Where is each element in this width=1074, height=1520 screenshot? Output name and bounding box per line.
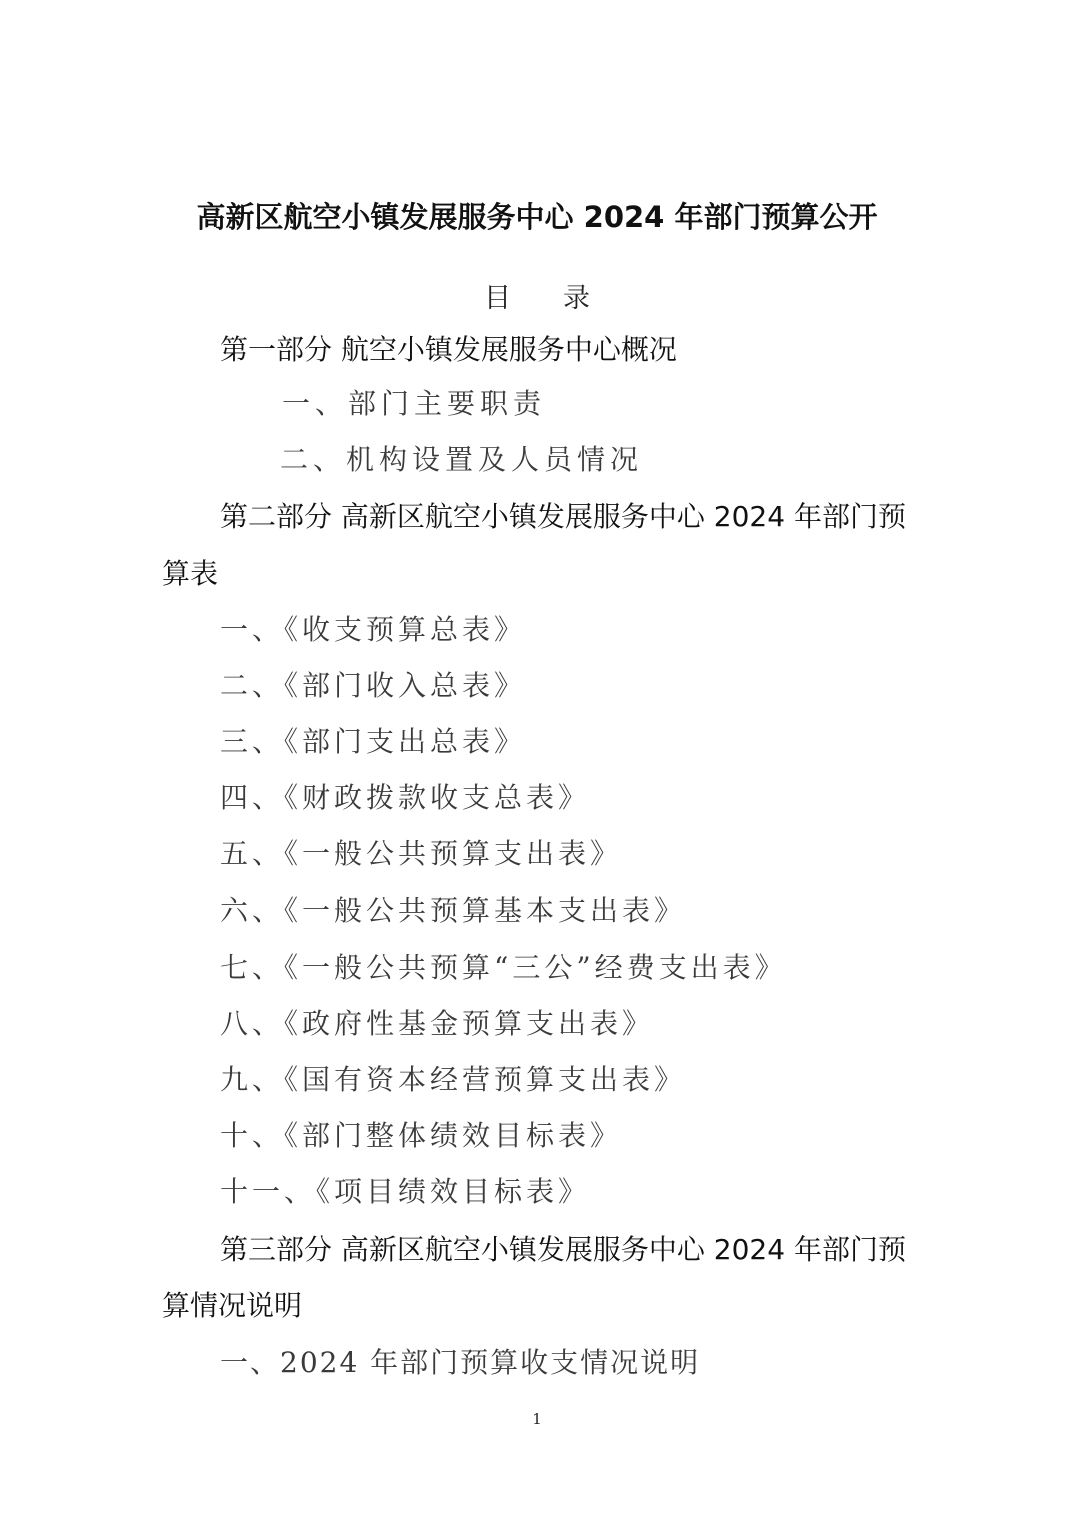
toc-item: 九、《国有资本经营预算支出表》 [220, 1062, 686, 1098]
toc-part-3-heading-cont: 算情况说明 [162, 1288, 302, 1324]
toc-item: 四、《财政拨款收支总表》 [220, 780, 590, 816]
document-title: 高新区航空小镇发展服务中心 2024 年部门预算公开 [0, 195, 1074, 236]
toc-part-3-heading: 第三部分 高新区航空小镇发展服务中心 2024 年部门预 [220, 1232, 906, 1268]
toc-part-2-heading-cont: 算表 [162, 556, 218, 592]
toc-item: 五、《一般公共预算支出表》 [220, 836, 622, 872]
toc-item: 一、2024 年部门预算收支情况说明 [220, 1345, 700, 1381]
toc-item: 二、《部门收入总表》 [220, 668, 526, 704]
toc-heading: 目录 [0, 276, 1074, 315]
toc-part-1-heading: 第一部分 航空小镇发展服务中心概况 [220, 332, 677, 368]
page-number: 1 [0, 1410, 1074, 1428]
toc-item: 一、《收支预算总表》 [220, 612, 526, 648]
toc-item: 二、机构设置及人员情况 [280, 442, 643, 478]
toc-item: 六、《一般公共预算基本支出表》 [220, 893, 686, 929]
toc-item: 一、部门主要职责 [282, 386, 546, 422]
toc-heading-char-2: 录 [563, 276, 590, 315]
toc-heading-char-1: 目 [484, 276, 511, 315]
toc-item: 三、《部门支出总表》 [220, 724, 526, 760]
toc-item: 十、《部门整体绩效目标表》 [220, 1118, 622, 1154]
toc-part-2-heading: 第二部分 高新区航空小镇发展服务中心 2024 年部门预 [220, 499, 906, 535]
toc-item: 八、《政府性基金预算支出表》 [220, 1006, 654, 1042]
toc-item: 七、《一般公共预算“三公”经费支出表》 [220, 950, 787, 986]
document-page: 高新区航空小镇发展服务中心 2024 年部门预算公开 目录 第一部分 航空小镇发… [0, 0, 1074, 1520]
toc-item: 十一、《项目绩效目标表》 [220, 1174, 590, 1210]
